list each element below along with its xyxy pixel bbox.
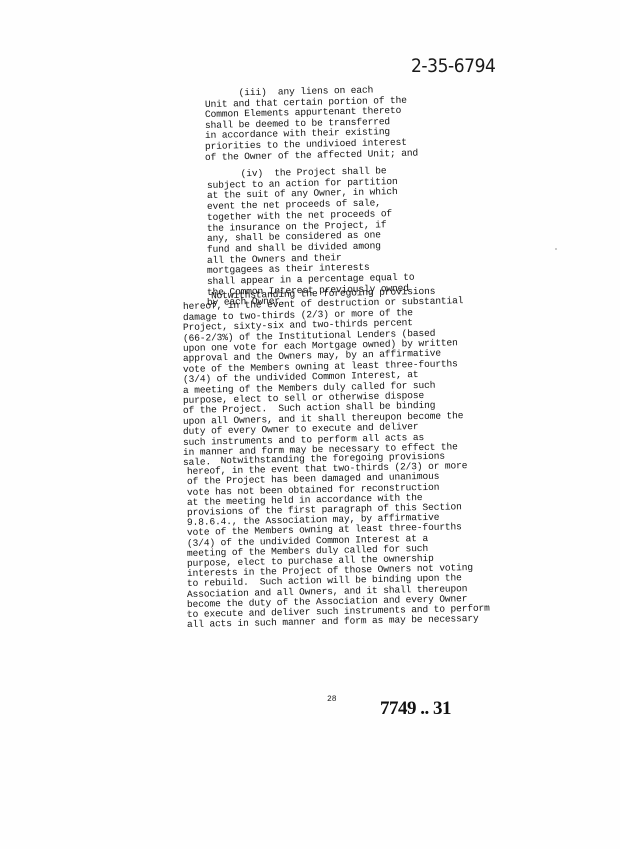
document-page: 2-35-6794 (iii) any liens on eachUnit an… xyxy=(0,0,620,849)
recording-stamp: 7749 .. 31 xyxy=(380,698,451,720)
scan-speck xyxy=(187,612,189,614)
page-number: 28 xyxy=(327,695,337,704)
scan-speck xyxy=(555,248,557,250)
document-number: 2-35-6794 xyxy=(411,55,495,77)
